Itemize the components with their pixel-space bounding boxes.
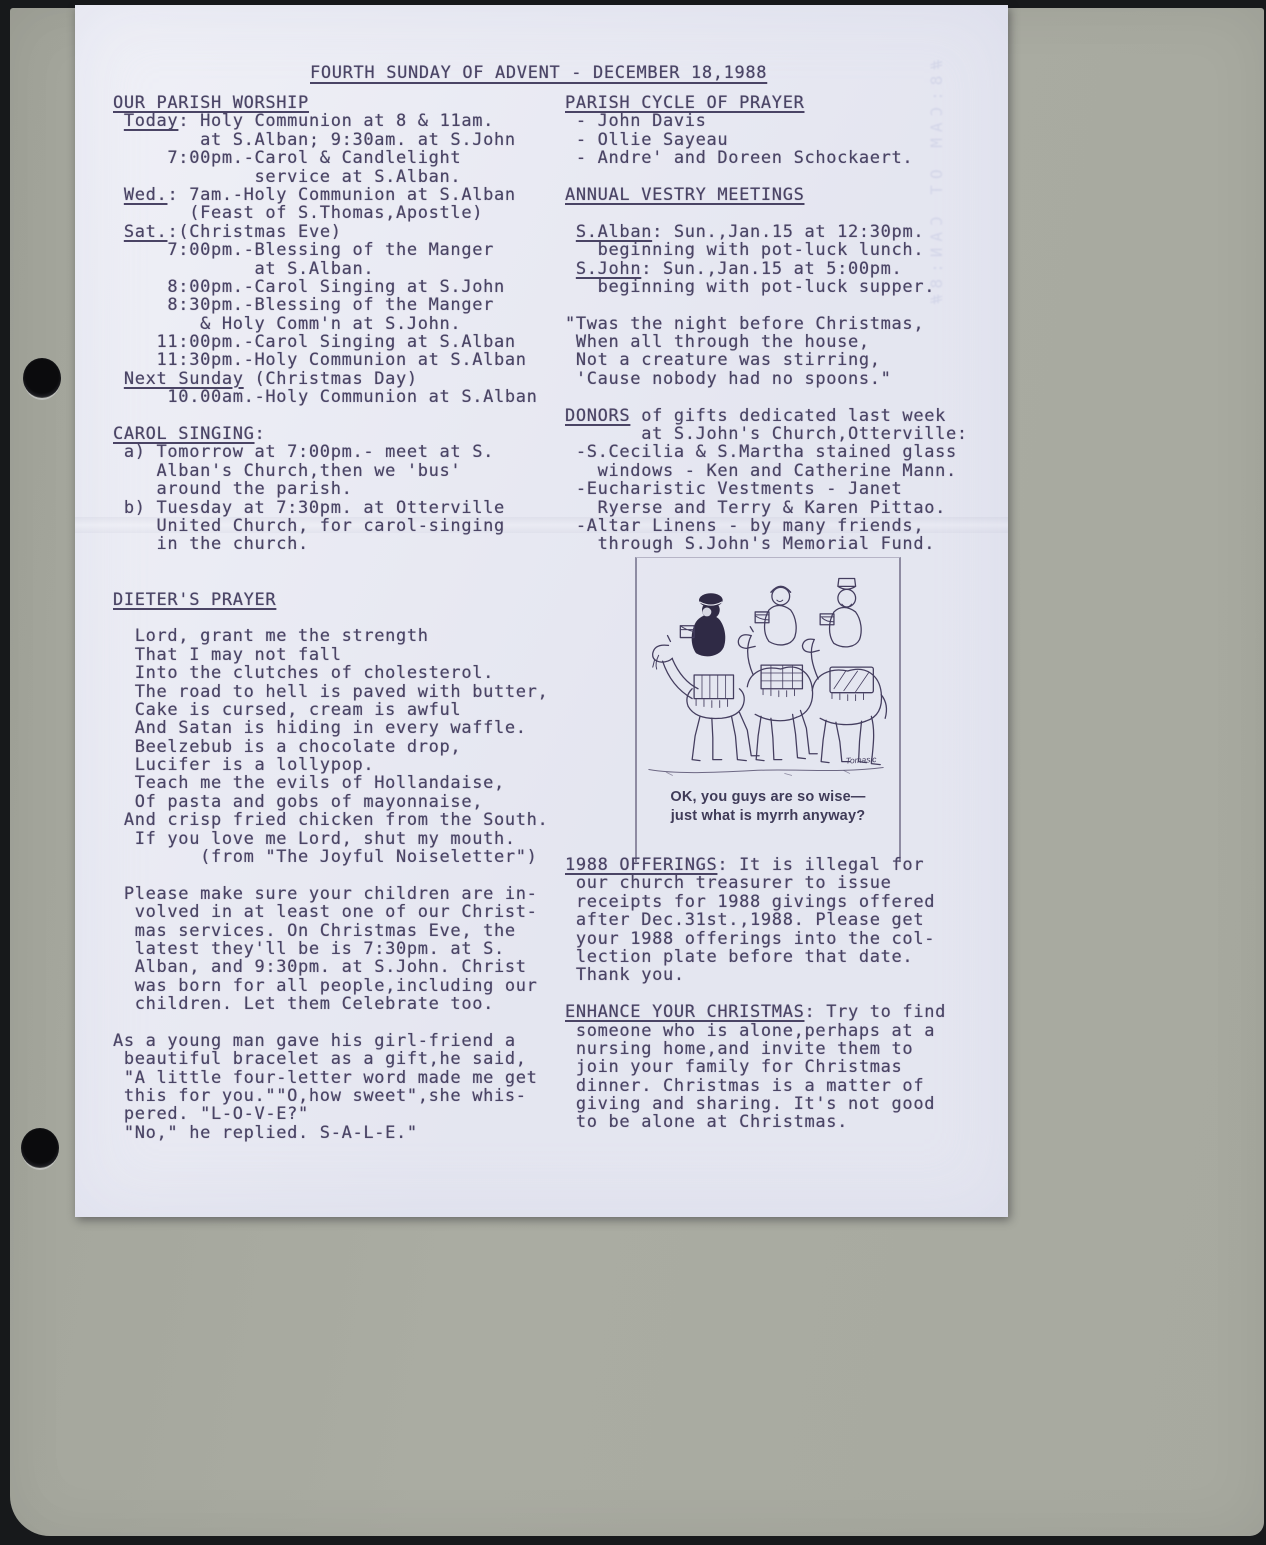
wise-men-drawing: Tomasic [637, 562, 895, 784]
typewritten-line: service at S.Alban. [113, 168, 565, 186]
typewritten-line: latest they'll be is 7:30pm. at S. [113, 940, 565, 958]
typewritten-line: Beelzebub is a chocolate drop, [113, 738, 565, 756]
typewritten-line: to be alone at Christmas. [565, 1113, 1005, 1131]
typewritten-line: was born for all people,including our [113, 977, 565, 995]
typewritten-line: your 1988 offerings into the col- [565, 930, 1005, 948]
typewritten-line: Today: Holy Communion at 8 & 11am. [113, 112, 565, 130]
typewritten-line: Alban's Church,then we 'bus' [113, 462, 565, 480]
typewritten-line: Next Sunday (Christmas Day) [113, 370, 565, 388]
typewritten-line: As a young man gave his girl-friend a [113, 1032, 565, 1050]
typewritten-line: Please make sure your children are in- [113, 885, 565, 903]
typewritten-line: CAROL SINGING: [113, 425, 565, 443]
left-column: OUR PARISH WORSHIP Today: Holy Communion… [113, 94, 565, 1142]
typewritten-line: 7:00pm.-Blessing of the Manger [113, 241, 565, 259]
scanned-bulletin: FOURTH SUNDAY OF ADVENT - DECEMBER 18,19… [0, 0, 1266, 1545]
typewritten-line: our church treasurer to issue [565, 874, 1005, 892]
typewritten-line: Alban, and 9:30pm. at S.John. Christ [113, 958, 565, 976]
cartoon-caption-line2: just what is myrrh anyway? [637, 807, 899, 826]
typewritten-line: And Satan is hiding in every waffle. [113, 719, 565, 737]
typewritten-line: United Church, for carol-singing [113, 517, 565, 535]
typewritten-line [113, 866, 565, 884]
typewritten-line: 10.00am.-Holy Communion at S.Alban [113, 388, 565, 406]
typewritten-line: Into the clutches of cholesterol. [113, 664, 565, 682]
typewritten-line: windows - Ken and Catherine Mann. [565, 462, 1005, 480]
typewritten-line [113, 407, 565, 425]
typewritten-line: pered. "L-O-V-E?" [113, 1105, 565, 1123]
typewritten-line: Sat.:(Christmas Eve) [113, 223, 565, 241]
typewritten-line [565, 985, 1005, 1003]
typewritten-line: after Dec.31st.,1988. Please get [565, 911, 1005, 929]
cartoon-caption-line1: OK, you guys are so wise— [637, 788, 899, 807]
typewritten-line: 7:00pm.-Carol & Candlelight [113, 149, 565, 167]
typewritten-line: Teach me the evils of Hollandaise, [113, 774, 565, 792]
typewritten-line: someone who is alone,perhaps at a [565, 1022, 1005, 1040]
typewritten-line [113, 572, 565, 590]
typewritten-line: Lord, grant me the strength [113, 627, 565, 645]
typewritten-line: DIETER'S PRAYER [113, 591, 565, 609]
typewritten-line: If you love me Lord, shut my mouth. [113, 830, 565, 848]
typewritten-line: 1988 OFFERINGS: It is illegal for [565, 856, 1005, 874]
typewritten-line: beautiful bracelet as a gift,he said, [113, 1050, 565, 1068]
typewritten-line: at S.Alban; 9:30am. at S.John [113, 131, 565, 149]
typewritten-line: 11:30pm.-Holy Communion at S.Alban [113, 351, 565, 369]
typewritten-line: & Holy Comm'n at S.John. [113, 315, 565, 333]
typewritten-line: a) Tomorrow at 7:00pm.- meet at S. [113, 443, 565, 461]
typewritten-line: -Altar Linens - by many friends, [565, 517, 1005, 535]
typewritten-line [113, 554, 565, 572]
typewritten-line: 8:30pm.-Blessing of the Manger [113, 296, 565, 314]
typewritten-line: volved in at least one of our Christ- [113, 903, 565, 921]
typewritten-line: at S.Alban. [113, 260, 565, 278]
typewritten-line: (from "The Joyful Noiseletter") [113, 848, 565, 866]
typewritten-line: mas services. On Christmas Eve, the [113, 922, 565, 940]
wise-men-cartoon: Tomasic OK, you guys are so wise— just w… [635, 557, 901, 862]
typewritten-line: Lucifer is a lollypop. [113, 756, 565, 774]
typewritten-line: receipts for 1988 givings offered [565, 893, 1005, 911]
typewritten-line: ENHANCE YOUR CHRISTMAS: Try to find [565, 1003, 1005, 1021]
typewritten-line [113, 609, 565, 627]
typewritten-line: this for you.""O,how sweet",she whis- [113, 1087, 565, 1105]
cartoonist-signature: Tomasic [845, 754, 877, 766]
cartoon-caption: OK, you guys are so wise— just what is m… [637, 788, 899, 826]
typewritten-line [113, 1014, 565, 1032]
typewritten-line: And crisp fried chicken from the South. [113, 811, 565, 829]
typewritten-line: giving and sharing. It's not good [565, 1095, 1005, 1113]
typewritten-line: "No," he replied. S-A-L-E." [113, 1124, 565, 1142]
page-title: FOURTH SUNDAY OF ADVENT - DECEMBER 18,19… [310, 63, 767, 83]
typewritten-line: through S.John's Memorial Fund. [565, 535, 1005, 553]
typewritten-line: 8:00pm.-Carol Singing at S.John [113, 278, 565, 296]
typewritten-line: b) Tuesday at 7:30pm. at Otterville [113, 499, 565, 517]
typewritten-line: That I may not fall [113, 646, 565, 664]
typewritten-line: Cake is cursed, cream is awful [113, 701, 565, 719]
right-column-bottom: 1988 OFFERINGS: It is illegal for our ch… [565, 856, 1005, 1132]
typewritten-line: around the parish. [113, 480, 565, 498]
typewritten-line: lection plate before that date. [565, 948, 1005, 966]
punch-hole-top [23, 358, 61, 398]
bulletin-paper: FOURTH SUNDAY OF ADVENT - DECEMBER 18,19… [75, 5, 1008, 1217]
typewritten-line: nursing home,and invite them to [565, 1040, 1005, 1058]
typewritten-line: dinner. Christmas is a matter of [565, 1077, 1005, 1095]
typewritten-line: Thank you. [565, 966, 1005, 984]
typewritten-line: children. Let them Celebrate too. [113, 995, 565, 1013]
typewritten-line: -Eucharistic Vestments - Janet [565, 480, 1005, 498]
typewritten-line: Wed.: 7am.-Holy Communion at S.Alban [113, 186, 565, 204]
typewritten-line: join your family for Christmas [565, 1058, 1005, 1076]
bleedthrough-text: #8:CAM OT CAN:8# [927, 60, 946, 450]
typewritten-line: 11:00pm.-Carol Singing at S.Alban [113, 333, 565, 351]
typewritten-line: Of pasta and gobs of mayonnaise, [113, 793, 565, 811]
typewritten-line: Ryerse and Terry & Karen Pittao. [565, 499, 1005, 517]
typewritten-line: in the church. [113, 535, 565, 553]
typewritten-line: "A little four-letter word made me get [113, 1069, 565, 1087]
typewritten-line: OUR PARISH WORSHIP [113, 94, 565, 112]
punch-hole-bottom [21, 1128, 59, 1168]
typewritten-line: The road to hell is paved with butter, [113, 683, 565, 701]
typewritten-line: (Feast of S.Thomas,Apostle) [113, 204, 565, 222]
